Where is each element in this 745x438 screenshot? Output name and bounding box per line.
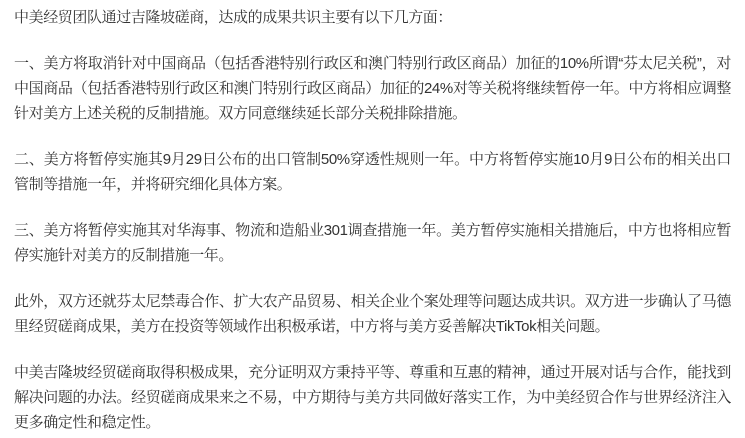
point-1-paragraph: 一、美方将取消针对中国商品（包括香港特别行政区和澳门特别行政区商品）加征的10%… <box>14 51 731 126</box>
article-body: 中美经贸团队通过吉隆坡磋商，达成的成果共识主要有以下几方面： 一、美方将取消针对… <box>0 0 745 435</box>
point-3-paragraph: 三、美方将暂停实施其对华海事、物流和造船业301调查措施一年。美方暂停实施相关措… <box>14 218 731 268</box>
intro-paragraph: 中美经贸团队通过吉隆坡磋商，达成的成果共识主要有以下几方面： <box>14 5 731 30</box>
point-2-paragraph: 二、美方将暂停实施其9月29日公布的出口管制50%穿透性规则一年。中方将暂停实施… <box>14 147 731 197</box>
additional-consensus-paragraph: 此外，双方还就芬太尼禁毒合作、扩大农产品贸易、相关企业个案处理等问题达成共识。双… <box>14 289 731 339</box>
closing-paragraph: 中美吉隆坡经贸磋商取得积极成果，充分证明双方秉持平等、尊重和互惠的精神，通过开展… <box>14 360 731 435</box>
